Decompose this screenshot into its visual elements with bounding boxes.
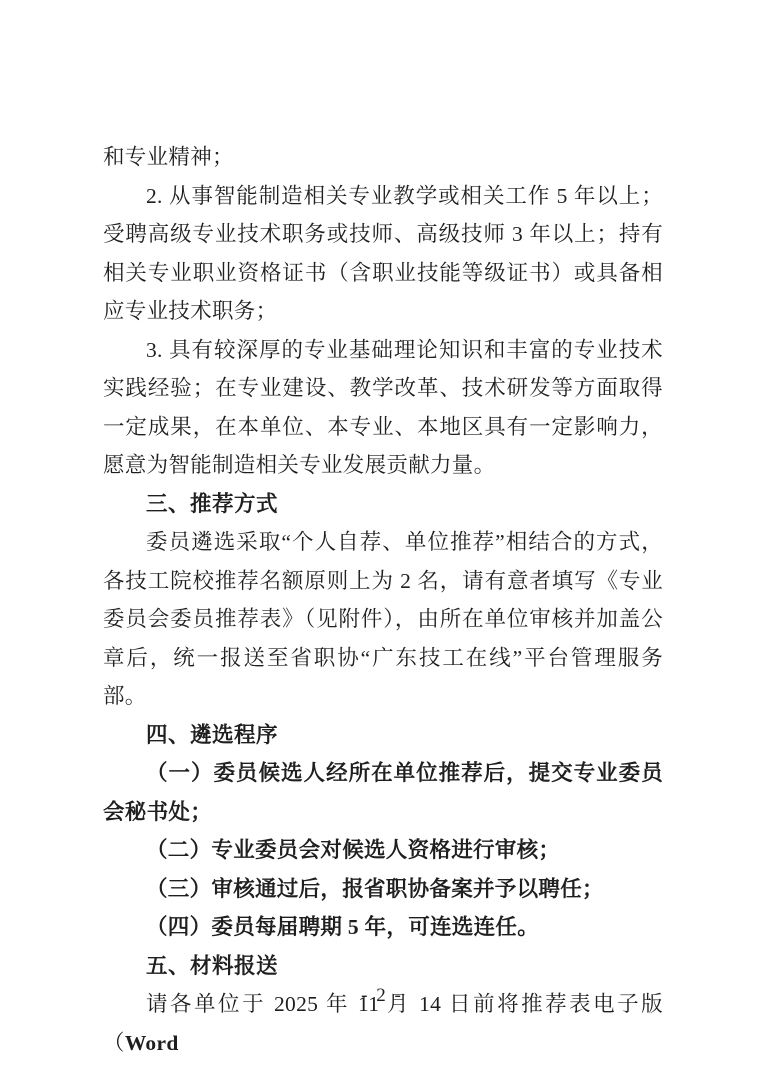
body-paragraph-continuation: 和专业精神；	[103, 138, 663, 177]
page-number: - 2 -	[0, 985, 764, 1007]
list-item-4: （四）委员每届聘期 5 年，可连选连任。	[103, 908, 663, 947]
section-heading-3: 三、推荐方式	[103, 485, 663, 524]
list-item-1: （一）委员候选人经所在单位推荐后，提交专业委员会秘书处；	[103, 754, 663, 831]
body-paragraph-recommend: 委员遴选采取“个人自荐、单位推荐”相结合的方式，各技工院校推荐名额原则上为 2 …	[103, 523, 663, 716]
submission-bold-word: Word	[125, 1031, 179, 1055]
document-page: 和专业精神； 2. 从事智能制造相关专业教学或相关工作 5 年以上；受聘高级专业…	[0, 0, 764, 1080]
section-heading-4: 四、遴选程序	[103, 716, 663, 755]
section-heading-5: 五、材料报送	[103, 947, 663, 986]
body-paragraph-item-3: 3. 具有较深厚的专业基础理论知识和丰富的专业技术实践经验；在专业建设、教学改革…	[103, 331, 663, 485]
document-body: 和专业精神； 2. 从事智能制造相关专业教学或相关工作 5 年以上；受聘高级专业…	[103, 138, 663, 1062]
list-item-2: （二）专业委员会对候选人资格进行审核；	[103, 831, 663, 870]
body-paragraph-item-2: 2. 从事智能制造相关专业教学或相关工作 5 年以上；受聘高级专业技术职务或技师…	[103, 177, 663, 331]
list-item-3: （三）审核通过后，报省职协备案并予以聘任；	[103, 870, 663, 909]
